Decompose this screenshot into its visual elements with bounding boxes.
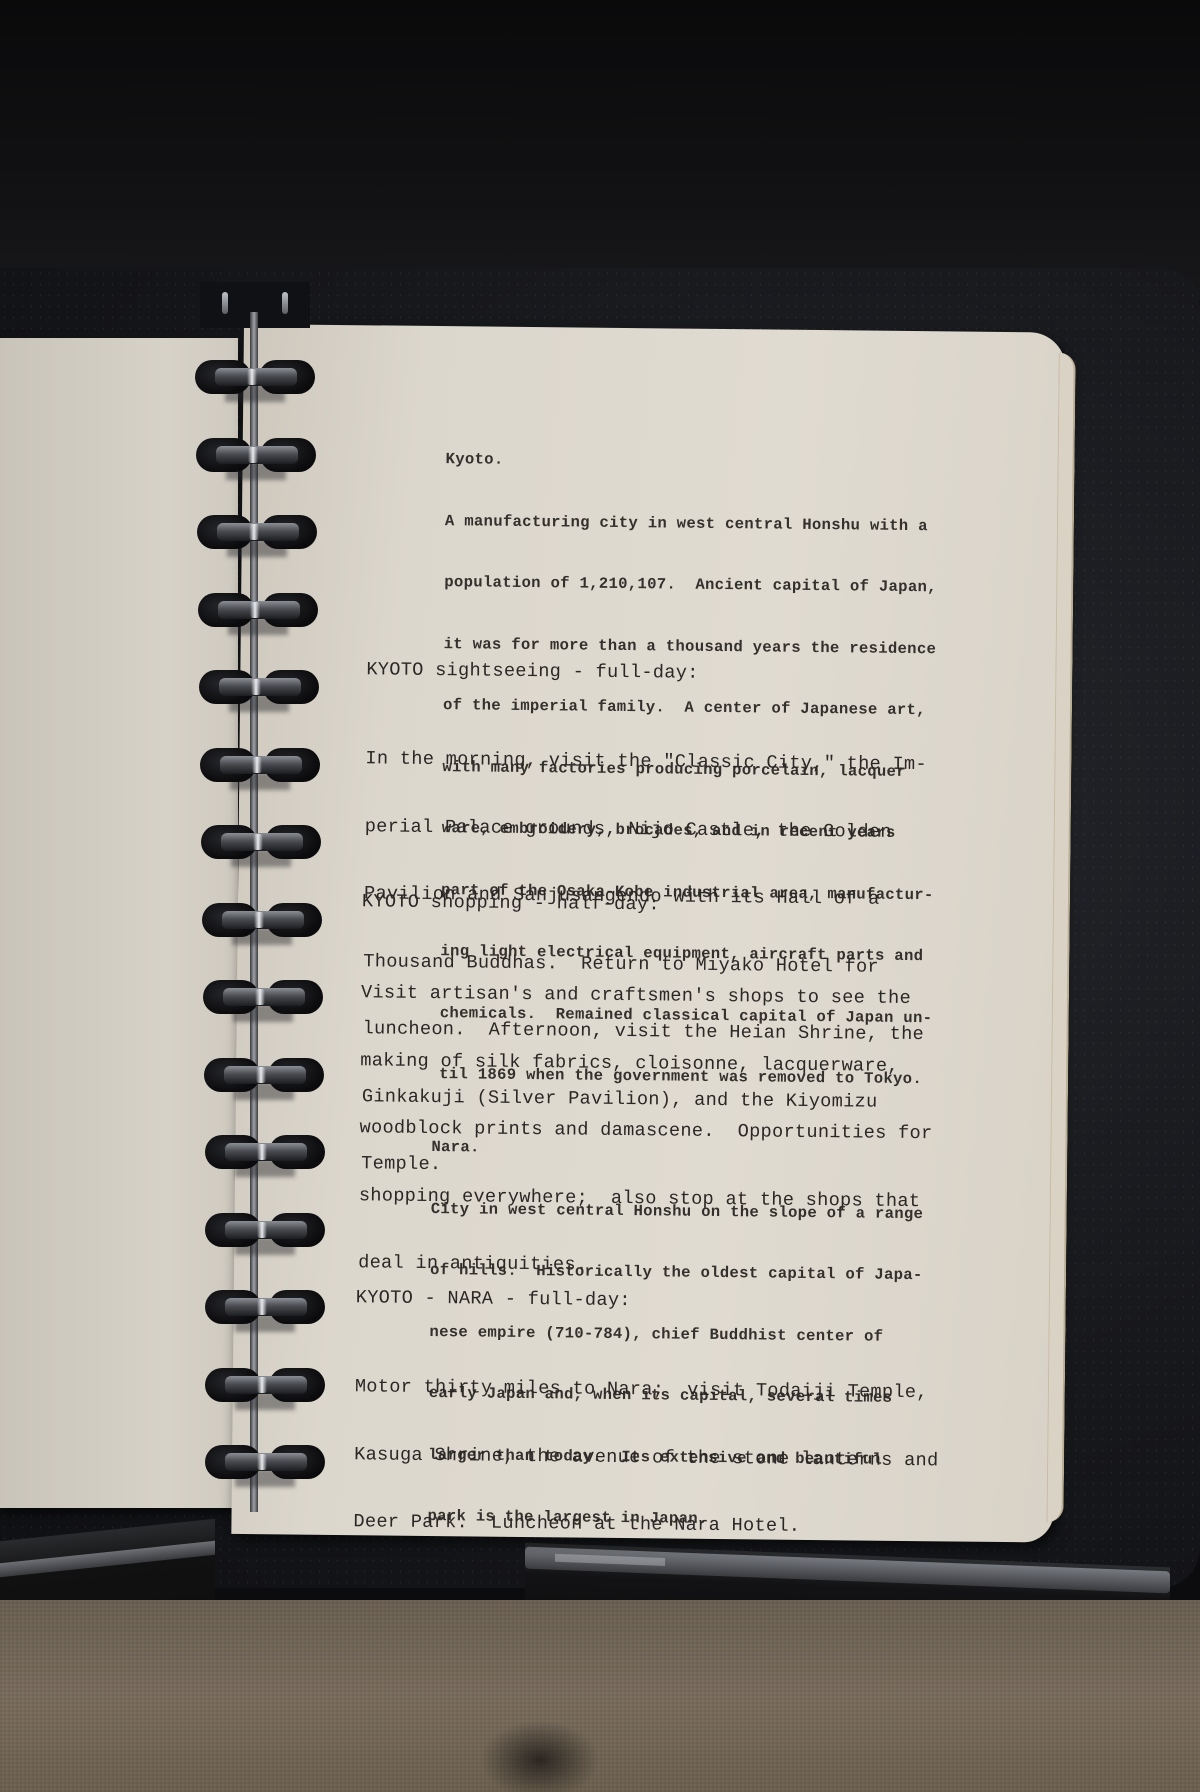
text-line: Deer Park. Luncheon at the Nara Hotel. bbox=[353, 1511, 938, 1540]
dark-background bbox=[0, 0, 1200, 300]
text-line: of hills. Historically the oldest capita… bbox=[430, 1260, 923, 1286]
text-line: it was for more than a thousand years th… bbox=[444, 634, 937, 660]
section-heading-kyoto-nara: KYOTO - NARA - full-day: bbox=[356, 1287, 631, 1312]
binding-ring bbox=[205, 1368, 325, 1402]
text-line: Motor thirty miles to Nara; visit Todaij… bbox=[355, 1376, 940, 1405]
text-line: In the morning, visit the "Classic City,… bbox=[365, 748, 927, 776]
text-line: population of 1,210,107. Ancient capital… bbox=[444, 572, 937, 598]
binding-ring bbox=[204, 1058, 324, 1092]
binding-ring bbox=[198, 593, 318, 627]
text-line: perial Palace grounds, Nijo Castle, the … bbox=[365, 816, 927, 844]
section-heading-sightseeing: KYOTO sightseeing - full-day: bbox=[366, 659, 699, 684]
text-line: A manufacturing city in west central Hon… bbox=[445, 511, 938, 537]
section-body-kyoto-nara: Motor thirty miles to Nara; visit Todaij… bbox=[353, 1331, 940, 1585]
shadow bbox=[480, 1720, 600, 1792]
binding-ring bbox=[196, 438, 316, 472]
binding-ring bbox=[205, 1445, 325, 1479]
fabric-surface bbox=[0, 1600, 1200, 1792]
binding-ring bbox=[195, 360, 315, 394]
text-line: making of silk fabrics, cloisonne, lacqu… bbox=[360, 1050, 933, 1078]
binding-ring bbox=[205, 1213, 325, 1247]
binding-ring bbox=[205, 1135, 325, 1169]
section-heading-shopping: KYOTO shopping - half-day: bbox=[362, 891, 660, 916]
binding-ring bbox=[202, 903, 322, 937]
stand-rail bbox=[0, 1541, 215, 1578]
binding-ring bbox=[200, 748, 320, 782]
binding-ring bbox=[199, 670, 319, 704]
binding-clip bbox=[222, 292, 228, 314]
binding-ring bbox=[203, 980, 323, 1014]
right-page: Kyoto. A manufacturing city in west cent… bbox=[231, 324, 1066, 1543]
binding-ring bbox=[197, 515, 317, 549]
kyoto-intro-title: Kyoto. bbox=[445, 449, 938, 475]
nara-intro-title: Nara. bbox=[431, 1137, 924, 1163]
text-line: Visit artisan's and craftsmen's shops to… bbox=[361, 982, 934, 1010]
binding-ring bbox=[205, 1290, 325, 1324]
text-line: City in west central Honshu on the slope… bbox=[431, 1199, 924, 1225]
binding-ring bbox=[201, 825, 321, 859]
text-line: Kasuga Shrine, the avenue of the stone l… bbox=[354, 1444, 939, 1473]
binding-clip bbox=[282, 292, 288, 314]
